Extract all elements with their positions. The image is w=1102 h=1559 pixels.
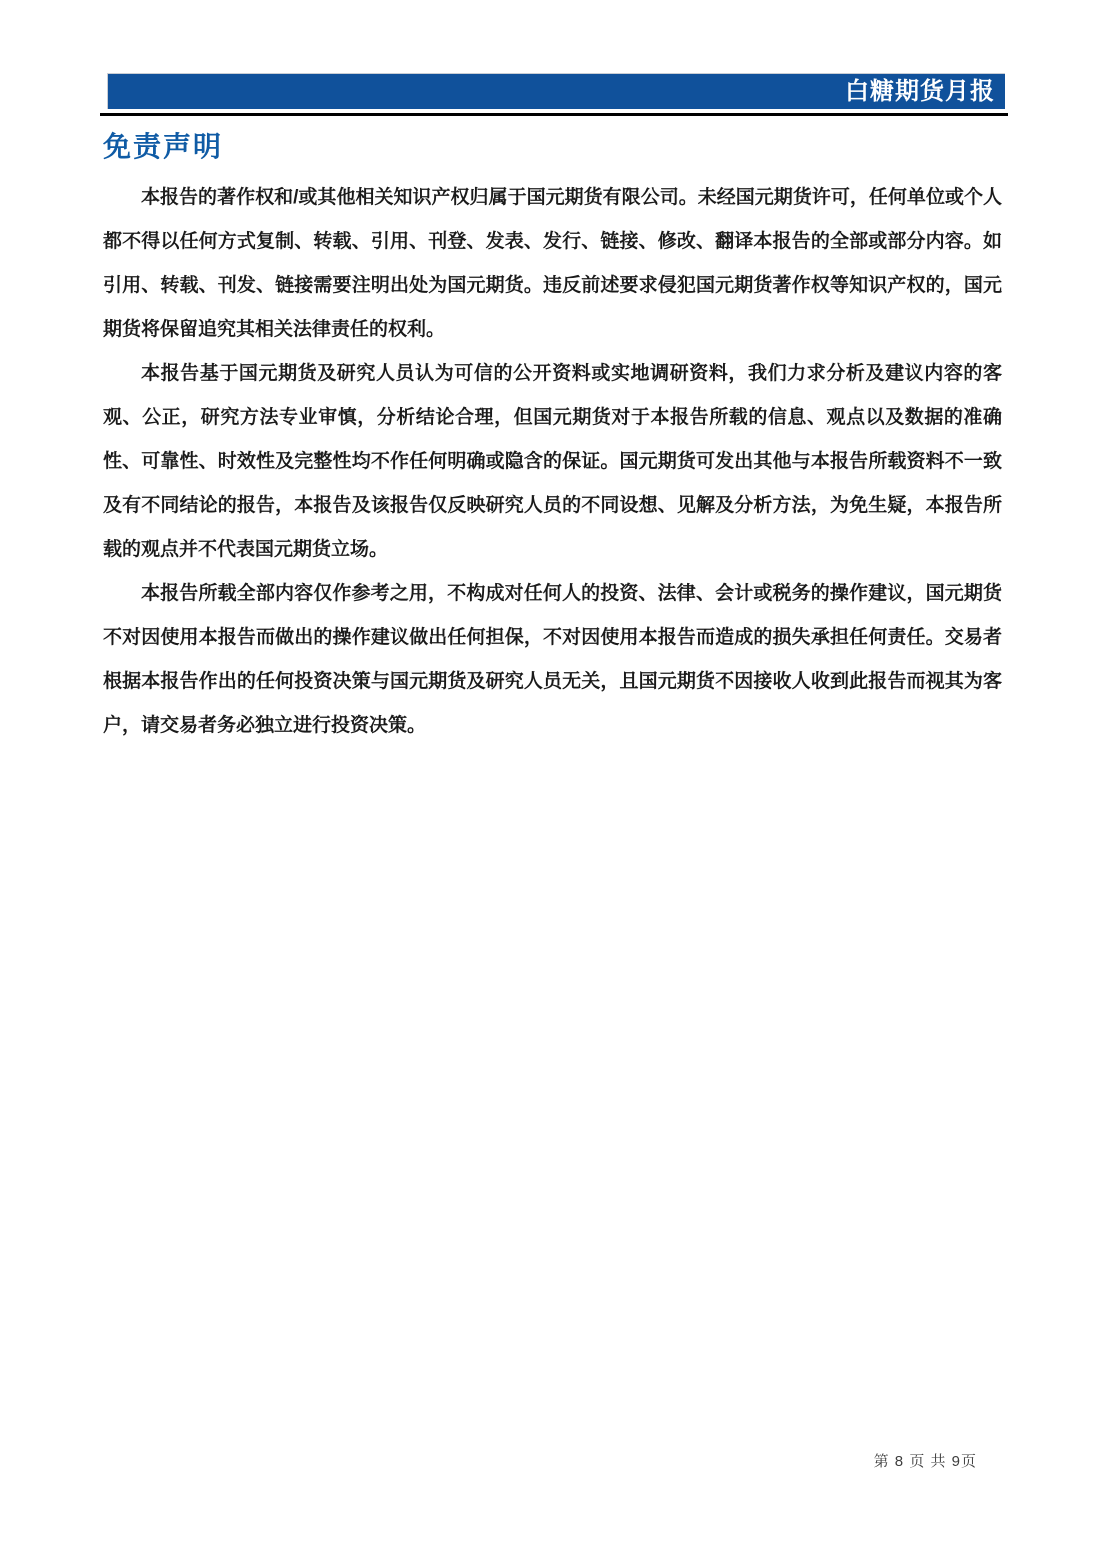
report-title: 白糖期货月报 — [845, 80, 995, 104]
page-header: 白糖期货月报 — [0, 0, 1102, 116]
document-page: 白糖期货月报 免责声明 本报告的著作权和/或其他相关知识产权归属于国元期货有限公… — [0, 0, 1102, 1559]
disclaimer-heading: 免责声明 — [103, 130, 1102, 164]
disclaimer-paragraph-copyright: 本报告的著作权和/或其他相关知识产权归属于国元期货有限公司。未经国元期货许可，任… — [103, 176, 1002, 352]
page-number: 第 8 页 共 9页 — [874, 1450, 977, 1471]
header-rule — [100, 113, 1008, 116]
disclaimer-body: 本报告的著作权和/或其他相关知识产权归属于国元期货有限公司。未经国元期货许可，任… — [103, 176, 1002, 748]
disclaimer-paragraph-accuracy: 本报告基于国元期货及研究人员认为可信的公开资料或实地调研资料，我们力求分析及建议… — [103, 352, 1002, 572]
disclaimer-paragraph-liability: 本报告所载全部内容仅作参考之用，不构成对任何人的投资、法律、会计或税务的操作建议… — [103, 572, 1002, 748]
header-banner: 白糖期货月报 — [107, 73, 1005, 109]
